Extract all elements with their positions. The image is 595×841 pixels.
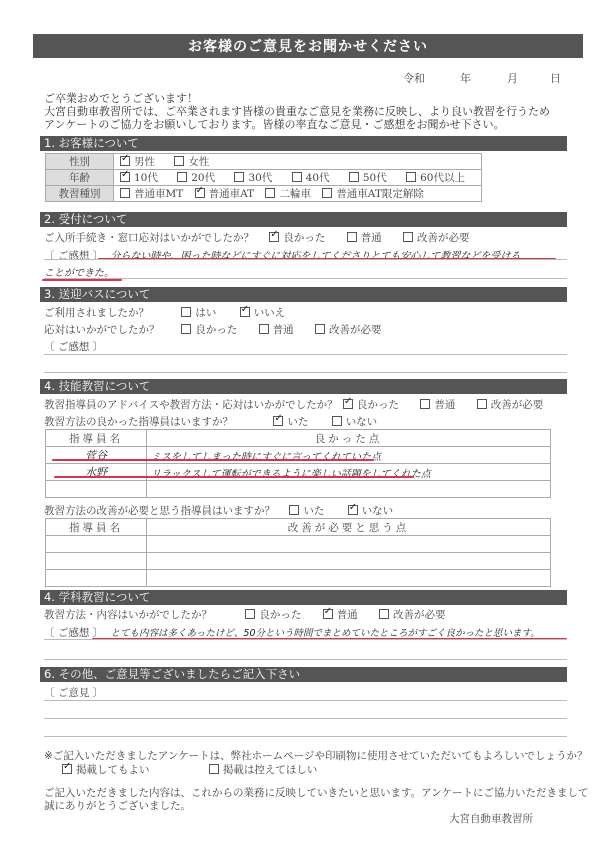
column-header: 良かった点 bbox=[147, 430, 551, 447]
bus-service-row: 応対はいかがでしたか？ 良かった 普通 改善が必要 bbox=[44, 322, 382, 337]
checkbox-icon bbox=[209, 764, 219, 774]
option-label: 改善が必要 bbox=[393, 609, 446, 621]
skill-advice-row: 教習指導員のアドバイスや教習方法・応対はいかがでしたか？ 良かった 普通 改善が… bbox=[44, 397, 543, 412]
checkbox-icon bbox=[332, 416, 342, 426]
checkbox-academic-good[interactable]: 良かった bbox=[245, 607, 301, 622]
option-label: はい bbox=[195, 307, 216, 319]
checkbox-male[interactable]: 男性 bbox=[120, 154, 155, 169]
checkbox-icon bbox=[406, 172, 416, 182]
question-text: 応対はいかがでしたか？ bbox=[44, 322, 178, 337]
red-underline bbox=[54, 476, 414, 478]
bus-usage-row: ご利用されましたか？ はい いいえ bbox=[44, 305, 285, 320]
question-text: 教習方法の改善が必要と思う指導員はいますか？ bbox=[44, 503, 286, 518]
checkbox-bus-normal[interactable]: 普通 bbox=[259, 322, 294, 337]
table-row bbox=[46, 553, 551, 570]
checkbox-skill-improve[interactable]: 改善が必要 bbox=[477, 397, 544, 412]
checkbox-bus-improve[interactable]: 改善が必要 bbox=[315, 322, 382, 337]
thanks-text: ご記入いただきました内容は、これからの業務に反映していきたいと思います。アンケー… bbox=[44, 787, 589, 813]
date-year: 年 bbox=[460, 70, 471, 86]
instructor-name[interactable] bbox=[46, 536, 147, 553]
section-academic-header: 4. 学科教習について bbox=[40, 590, 567, 605]
checkbox-icon bbox=[62, 764, 72, 774]
checkbox-icon bbox=[181, 324, 191, 334]
option-label: 良かった bbox=[259, 609, 301, 621]
option-label: 普通車MT bbox=[134, 188, 183, 200]
write-line bbox=[44, 639, 567, 640]
customer-info-table: 性別 男性 女性 年齢 10代 20代 30代 40代 50代 60代以上 教習… bbox=[45, 153, 482, 202]
checkbox-icon bbox=[120, 188, 130, 198]
checkbox-icon bbox=[379, 609, 389, 619]
option-label: 掲載は控えてほしい bbox=[223, 764, 318, 776]
write-line bbox=[44, 278, 567, 279]
good-instructor-row: 教習方法の良かった指導員はいますか？ いた いない bbox=[44, 414, 377, 429]
intro-line: ご卒業おめでとうございます！ bbox=[44, 92, 574, 105]
option-label: 良かった bbox=[357, 399, 399, 411]
checkbox-age-40s[interactable]: 40代 bbox=[292, 170, 330, 185]
good-point[interactable] bbox=[147, 481, 551, 498]
column-header: 改善が必要と思う点 bbox=[147, 519, 551, 536]
option-label: 女性 bbox=[188, 156, 209, 168]
checkbox-icon bbox=[234, 172, 244, 182]
intro-line: 大宮自動車教習所では、ご卒業されます皆様の貴重なご意見を業務に反映し、より良い教… bbox=[44, 105, 574, 118]
form-title: お客様のご意見をお聞かせください bbox=[188, 36, 428, 56]
checkbox-icon bbox=[403, 232, 413, 242]
checkbox-reception-good[interactable]: 良かった bbox=[269, 230, 325, 245]
checkbox-improve-instructor-yes[interactable]: いた bbox=[289, 503, 324, 518]
red-underline bbox=[52, 459, 374, 461]
checkbox-age-10s[interactable]: 10代 bbox=[120, 170, 158, 185]
option-label: 改善が必要 bbox=[491, 399, 544, 411]
write-line[interactable] bbox=[44, 700, 567, 701]
checkbox-icon bbox=[259, 324, 269, 334]
publish-options-row: 掲載してもよい 掲載は控えてほしい bbox=[62, 764, 317, 777]
checkbox-improve-instructor-no[interactable]: いない bbox=[348, 503, 394, 518]
option-label: 40代 bbox=[306, 172, 330, 184]
checkbox-bus-good[interactable]: 良かった bbox=[181, 322, 237, 337]
reception-question-row: ご入所手続き・窓口応対はいかがでしたか？ 良かった 普通 改善が必要 bbox=[44, 230, 470, 245]
opinion-comment-row: 〔 ご意見 〕 bbox=[44, 685, 103, 700]
option-label: 改善が必要 bbox=[417, 232, 470, 244]
checkbox-icon bbox=[120, 172, 130, 182]
checkbox-icon bbox=[195, 188, 205, 198]
section-6-header: 6. その他、ご意見等ございましたらご記入下さい bbox=[40, 667, 567, 682]
checkbox-reception-normal[interactable]: 普通 bbox=[347, 230, 382, 245]
checkbox-icon bbox=[289, 505, 299, 515]
question-text: 教習方法の良かった指導員はいますか？ bbox=[44, 414, 270, 429]
checkbox-good-instructor-yes[interactable]: いた bbox=[273, 414, 308, 429]
table-row bbox=[46, 570, 551, 587]
option-label: 掲載してもよい bbox=[76, 764, 150, 776]
checkbox-icon bbox=[349, 172, 359, 182]
checkbox-age-20s[interactable]: 20代 bbox=[177, 170, 215, 185]
checkbox-icon bbox=[292, 172, 302, 182]
option-label: いた bbox=[287, 416, 308, 428]
improve-point[interactable] bbox=[147, 536, 551, 553]
section-2-header: 2. 受付について bbox=[40, 212, 567, 227]
checkbox-bus-no[interactable]: いいえ bbox=[240, 305, 286, 320]
column-header: 指導員名 bbox=[46, 430, 147, 447]
write-line[interactable] bbox=[44, 372, 567, 373]
intro-text: ご卒業おめでとうございます！ 大宮自動車教習所では、ご卒業されます皆様の貴重なご… bbox=[44, 92, 574, 131]
checkbox-icon bbox=[477, 399, 487, 409]
publish-question: ※ご記入いただきましたアンケートは、弊社ホームページや印刷物に使用させていただい… bbox=[44, 750, 587, 763]
checkbox-reception-improve[interactable]: 改善が必要 bbox=[403, 230, 470, 245]
form-title-bar: お客様のご意見をお聞かせください bbox=[33, 34, 583, 58]
improve-point[interactable] bbox=[147, 553, 551, 570]
good-instructor-table: 指導員名良かった点 菅谷ミスをしてしまった時にすぐに言ってくれていた点 水野リラ… bbox=[45, 429, 551, 498]
option-label: 10代 bbox=[134, 172, 158, 184]
option-label: 20代 bbox=[191, 172, 215, 184]
column-header: 指導員名 bbox=[46, 519, 147, 536]
label-course-type: 教習種別 bbox=[46, 186, 114, 202]
instructor-name[interactable] bbox=[46, 553, 147, 570]
checkbox-at-limit-removal[interactable]: 普通車AT限定解除 bbox=[322, 186, 424, 201]
checkbox-icon bbox=[269, 232, 279, 242]
checkbox-academic-improve[interactable]: 改善が必要 bbox=[379, 607, 446, 622]
write-line[interactable] bbox=[44, 354, 567, 355]
checkbox-female[interactable]: 女性 bbox=[174, 154, 209, 169]
checkbox-icon bbox=[323, 609, 333, 619]
checkbox-good-instructor-no[interactable]: いない bbox=[332, 414, 378, 429]
checkbox-age-60plus[interactable]: 60代以上 bbox=[406, 170, 465, 185]
checkbox-academic-normal[interactable]: 普通 bbox=[323, 607, 358, 622]
question-text: 教習方法・内容はいかがでしたか？ bbox=[44, 607, 242, 622]
question-text: 教習指導員のアドバイスや教習方法・応対はいかがでしたか？ bbox=[44, 399, 338, 411]
section-1-header: 1. お客様について bbox=[40, 136, 567, 151]
date-month: 月 bbox=[507, 70, 518, 86]
date-day: 日 bbox=[550, 70, 561, 86]
checkbox-icon bbox=[347, 232, 357, 242]
option-label: 良かった bbox=[283, 232, 325, 244]
comment-label: 〔 ご感想 〕 bbox=[44, 341, 103, 353]
improve-instructor-row: 教習方法の改善が必要と思う指導員はいますか？ いた いない bbox=[44, 503, 393, 518]
write-line[interactable] bbox=[44, 718, 567, 719]
table-row bbox=[46, 481, 551, 498]
question-text: ご利用されましたか？ bbox=[44, 305, 178, 320]
checkbox-icon bbox=[120, 156, 130, 166]
section-3-header: 3. 送迎バスについて bbox=[40, 287, 567, 302]
option-label: 二輪車 bbox=[279, 188, 311, 200]
red-underline bbox=[42, 279, 122, 281]
option-label: いいえ bbox=[254, 307, 286, 319]
option-label: 普通車AT bbox=[209, 188, 255, 200]
checkbox-icon bbox=[420, 399, 430, 409]
checkbox-icon bbox=[315, 324, 325, 334]
checkbox-bus-yes[interactable]: はい bbox=[181, 305, 216, 320]
checkbox-icon bbox=[273, 416, 283, 426]
instructor-name[interactable] bbox=[46, 570, 147, 587]
checkbox-icon bbox=[343, 399, 353, 409]
checkbox-icon bbox=[245, 609, 255, 619]
checkbox-publish-no[interactable]: 掲載は控えてほしい bbox=[209, 764, 318, 777]
checkbox-icon bbox=[265, 188, 275, 198]
checkbox-icon bbox=[240, 307, 250, 317]
checkbox-skill-good[interactable]: 良かった bbox=[343, 397, 399, 412]
option-label: 50代 bbox=[363, 172, 387, 184]
school-signature: 大宮自動車教習所 bbox=[449, 811, 533, 826]
checkbox-age-30s[interactable]: 30代 bbox=[234, 170, 272, 185]
checkbox-at[interactable]: 普通車AT bbox=[195, 186, 255, 201]
option-label: いた bbox=[303, 505, 324, 517]
academic-question-row: 教習方法・内容はいかがでしたか？ 良かった 普通 改善が必要 bbox=[44, 607, 446, 622]
checkbox-mt[interactable]: 普通車MT bbox=[120, 186, 183, 201]
option-label: 普通 bbox=[337, 609, 358, 621]
table-row bbox=[46, 536, 551, 553]
checkbox-age-50s[interactable]: 50代 bbox=[349, 170, 387, 185]
option-label: いない bbox=[346, 416, 378, 428]
write-line[interactable] bbox=[44, 736, 567, 737]
reception-comment-row: 〔 ご感想 〕 分らない時や、困った時などにすぐに対応をしてくださりとても安心し… bbox=[44, 247, 520, 263]
improve-instructor-table: 指導員名改善が必要と思う点 bbox=[45, 518, 551, 587]
option-label: 普通車AT限定解除 bbox=[336, 188, 424, 200]
date-era: 令和 bbox=[403, 70, 425, 86]
comment-label: 〔 ご感想 〕 bbox=[44, 250, 103, 262]
option-label: 改善が必要 bbox=[329, 324, 382, 336]
option-label: 30代 bbox=[248, 172, 272, 184]
intro-line: アンケートのご協力をお願いしております。皆様の率直なご意見・ご感想をお聞かせ下さ… bbox=[44, 118, 574, 131]
checkbox-icon bbox=[348, 505, 358, 515]
question-text: ご入所手続き・窓口応対はいかがでしたか？ bbox=[44, 232, 254, 244]
checkbox-icon bbox=[322, 188, 332, 198]
option-label: 普通 bbox=[273, 324, 294, 336]
option-label: 普通 bbox=[361, 232, 382, 244]
checkbox-skill-normal[interactable]: 普通 bbox=[420, 397, 455, 412]
option-label: 普通 bbox=[434, 399, 455, 411]
write-line bbox=[44, 259, 567, 260]
comment-label: 〔 ご意見 〕 bbox=[44, 687, 103, 699]
label-age: 年齢 bbox=[46, 170, 114, 186]
checkbox-icon bbox=[181, 307, 191, 317]
checkbox-icon bbox=[174, 156, 184, 166]
write-line[interactable] bbox=[44, 659, 567, 660]
option-label: 男性 bbox=[134, 156, 155, 168]
section-4-header: 4. 技能教習について bbox=[40, 379, 567, 394]
option-label: 60代以上 bbox=[420, 172, 465, 184]
instructor-name[interactable] bbox=[46, 481, 147, 498]
bus-comment-row: 〔 ご感想 〕 bbox=[44, 339, 103, 354]
option-label: 良かった bbox=[195, 324, 237, 336]
handwritten-comment[interactable]: 分らない時や、困った時などにすぐに対応をしてくださりとても安心して教習などを受け… bbox=[111, 251, 521, 262]
reception-comment-row-2: ことができた。 bbox=[44, 264, 114, 279]
checkbox-motorcycle[interactable]: 二輪車 bbox=[265, 186, 311, 201]
option-label: いない bbox=[362, 505, 394, 517]
checkbox-icon bbox=[177, 172, 187, 182]
label-gender: 性別 bbox=[46, 154, 114, 170]
checkbox-publish-ok[interactable]: 掲載してもよい bbox=[62, 764, 150, 777]
thanks-line: ご記入いただきました内容は、これからの業務に反映していきたいと思います。アンケー… bbox=[44, 787, 589, 800]
improve-point[interactable] bbox=[147, 570, 551, 587]
